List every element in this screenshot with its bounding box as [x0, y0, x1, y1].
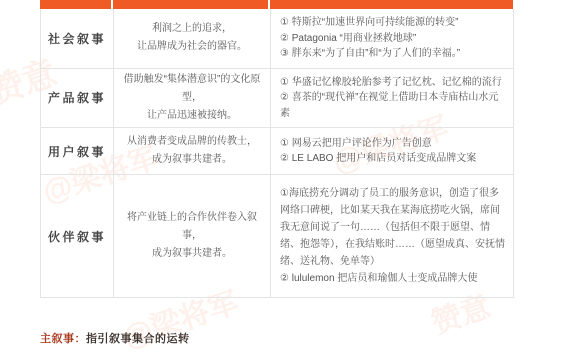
example-item: ② 喜茶的“现代禅”在视觉上借助日本寺庙枯山水元素 — [280, 90, 505, 121]
table-row: 社会叙事 利润之上的追求， 让品牌成为社会的器官。 ① 特斯拉“加速世界向可持续… — [41, 9, 513, 69]
table-row: 伙伴叙事 将产业链上的合作伙伴卷入叙事， 成为叙事共建者。 ①海底捞充分调动了员… — [41, 175, 513, 298]
caption-text: 指引叙事集合的运转 — [86, 333, 190, 345]
description-line: 让品牌成为社会的器官。 — [118, 38, 266, 56]
example-item: ①海底捞充分调动了员工的服务意识，创造了很多网络口碑梗，比如某天我在某海底捞吃火… — [280, 185, 505, 270]
description-line: 成为叙事共建者。 — [118, 245, 266, 263]
example-item: ① 特斯拉“加速世界向可持续能源的转变” — [280, 15, 505, 31]
narrative-examples: ① 网易云把用户评论作为广告创意 ② LE LABO 把用户和店员对话变成品牌文… — [271, 128, 514, 175]
example-item: ① 华盛记忆橡胶轮胎参考了记忆枕、记忆棉的流行 — [280, 75, 505, 91]
example-item: ② lululemon 把店员和瑜伽人士变成品牌大使 — [280, 270, 505, 287]
narrative-description: 将产业链上的合作伙伴卷入叙事， 成为叙事共建者。 — [114, 175, 271, 298]
main-narrative-caption: 主叙事：指引叙事集合的运转 — [40, 330, 190, 346]
narrative-type: 社会叙事 — [41, 9, 114, 69]
narrative-type: 伙伴叙事 — [41, 175, 114, 298]
narrative-examples: ①海底捞充分调动了员工的服务意识，创造了很多网络口碑梗，比如某天我在某海底捞吃火… — [271, 175, 514, 298]
description-line: 利润之上的追求， — [118, 20, 266, 38]
table-header-cell — [40, 0, 113, 9]
table-body: 社会叙事 利润之上的追求， 让品牌成为社会的器官。 ① 特斯拉“加速世界向可持续… — [40, 9, 513, 298]
example-item: ③ 胖东来“为了自由”和“为了人们的幸福。” — [280, 46, 505, 62]
narrative-description: 从消费者变成品牌的传教士， 成为叙事共建者。 — [114, 128, 271, 175]
table-header-cell — [270, 0, 513, 9]
description-line: 成为叙事共建者。 — [118, 151, 266, 169]
narrative-type: 用户叙事 — [41, 128, 114, 175]
table-header-cell — [113, 0, 270, 9]
caption-prefix: 主叙事： — [40, 333, 86, 345]
description-line: 从消费者变成品牌的传教士， — [118, 133, 266, 151]
narrative-examples: ① 华盛记忆橡胶轮胎参考了记忆枕、记忆棉的流行 ② 喜茶的“现代禅”在视觉上借助… — [271, 69, 514, 129]
example-item: ① 网易云把用户评论作为广告创意 — [280, 136, 505, 152]
narrative-type: 产品叙事 — [41, 69, 114, 129]
description-line: 让产品迅速被接纳。 — [118, 107, 266, 125]
narrative-examples: ① 特斯拉“加速世界向可持续能源的转变” ② Patagonia “用商业拯救地… — [271, 9, 514, 69]
narrative-description: 借助触发“集体潜意识”的文化原型， 让产品迅速被接纳。 — [114, 69, 271, 129]
narrative-description: 利润之上的追求， 让品牌成为社会的器官。 — [114, 9, 271, 69]
description-line: 将产业链上的合作伙伴卷入叙事， — [118, 209, 266, 245]
table-row: 用户叙事 从消费者变成品牌的传教士， 成为叙事共建者。 ① 网易云把用户评论作为… — [41, 128, 513, 175]
narrative-table: 社会叙事 利润之上的追求， 让品牌成为社会的器官。 ① 特斯拉“加速世界向可持续… — [40, 0, 513, 298]
description-line: 借助触发“集体潜意识”的文化原型， — [118, 71, 266, 107]
table-row: 产品叙事 借助触发“集体潜意识”的文化原型， 让产品迅速被接纳。 ① 华盛记忆橡… — [41, 69, 513, 129]
table-header-row — [40, 0, 513, 9]
example-item: ② LE LABO 把用户和店员对话变成品牌文案 — [280, 151, 505, 167]
example-item: ② Patagonia “用商业拯救地球” — [280, 31, 505, 47]
